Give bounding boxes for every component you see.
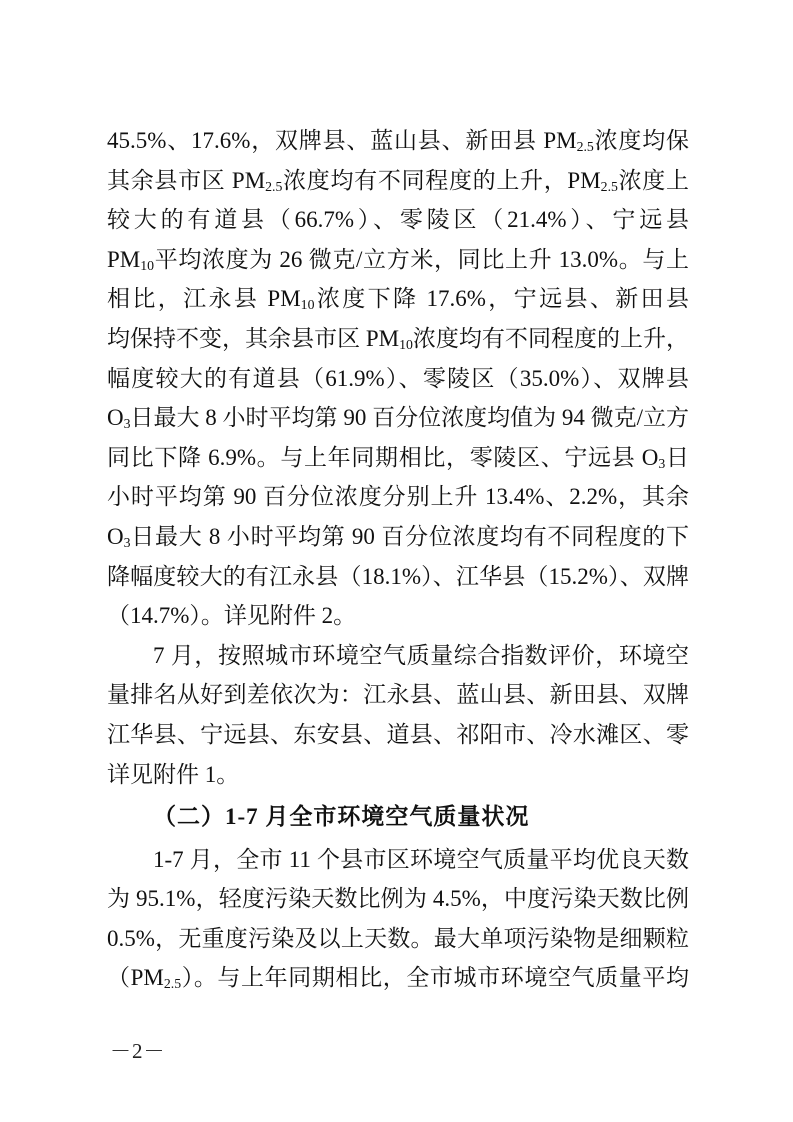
subscript: 3 bbox=[124, 416, 131, 431]
text-line: 小时平均第 90 百分位浓度分别上升 13.4%、2.2%，其余县市区 bbox=[107, 477, 689, 517]
subscript: 2.5 bbox=[265, 179, 282, 194]
text-line: 其余县市区 PM2.5浓度均有不同程度的上升，PM2.5浓度上升幅度 bbox=[107, 161, 689, 201]
subscript: 10 bbox=[301, 297, 315, 312]
text-line: 0.5%，无重度污染及以上天数。最大单项污染物是细颗粒物 bbox=[107, 919, 689, 959]
text-line: 幅度较大的有道县（61.9%）、零陵区（35.0%）、双牌县（22.7%）。 bbox=[107, 359, 689, 399]
text-line: （14.7%）。详见附件 2。 bbox=[107, 596, 689, 636]
text-line: 45.5%、17.6%，双牌县、蓝山县、新田县 PM2.5浓度均保持不变， bbox=[107, 121, 689, 161]
section-heading: （二）1-7 月全市环境空气质量状况 bbox=[107, 797, 689, 837]
text-line: （PM2.5）。与上年同期相比，全市城市环境空气质量平均优良 bbox=[107, 958, 689, 998]
text-line: 量排名从好到差依次为：江永县、蓝山县、新田县、双牌县、 bbox=[107, 675, 689, 715]
text-line: 7 月，按照城市环境空气质量综合指数评价，环境空气质 bbox=[107, 636, 689, 676]
text-line: 均保持不变，其余县市区 PM10浓度均有不同程度的上升，上升 bbox=[107, 319, 689, 359]
text-line: O3日最大 8 小时平均第 90 百分位浓度均有不同程度的下降，下 bbox=[107, 517, 689, 557]
text-line: 详见附件 1。 bbox=[107, 755, 689, 795]
text-line: 江华县、宁远县、东安县、道县、祁阳市、冷水滩区、零陵区。 bbox=[107, 715, 689, 755]
page-number: －2－ bbox=[110, 1036, 166, 1066]
subscript: 10 bbox=[399, 337, 413, 352]
text-line: 相比，江永县 PM10浓度下降 17.6%，宁远县、新田县 PM10浓度 bbox=[107, 279, 689, 319]
text-line: PM10平均浓度为 26 微克/立方米，同比上升 13.0%。与上年同期 bbox=[107, 240, 689, 280]
subscript: 10 bbox=[140, 258, 154, 273]
subscript: 2.5 bbox=[601, 179, 618, 194]
subscript: 3 bbox=[124, 535, 131, 550]
text-line: 1-7 月，全市 11 个县市区环境空气质量平均优良天数比例 bbox=[107, 840, 689, 880]
document-body: 45.5%、17.6%，双牌县、蓝山县、新田县 PM2.5浓度均保持不变，其余县… bbox=[107, 121, 689, 998]
text-line: 较大的有道县（66.7%）、零陵区（21.4%）、宁远县（14.3%）。 bbox=[107, 200, 689, 240]
text-line: O3日最大 8 小时平均第 90 百分位浓度均值为 94 微克/立方米， bbox=[107, 398, 689, 438]
text-line: 为 95.1%，轻度污染天数比例为 4.5%，中度污染天数比例为 bbox=[107, 879, 689, 919]
subscript: 3 bbox=[658, 456, 665, 471]
text-line: 同比下降 6.9%。与上年同期相比，零陵区、宁远县 O3日最大 8 bbox=[107, 438, 689, 478]
text-line: 降幅度较大的有江永县（18.1%）、江华县（15.2%）、双牌县 bbox=[107, 557, 689, 597]
document-page: 45.5%、17.6%，双牌县、蓝山县、新田县 PM2.5浓度均保持不变，其余县… bbox=[0, 0, 793, 1122]
subscript: 2.5 bbox=[577, 139, 594, 154]
subscript: 2.5 bbox=[164, 977, 181, 992]
